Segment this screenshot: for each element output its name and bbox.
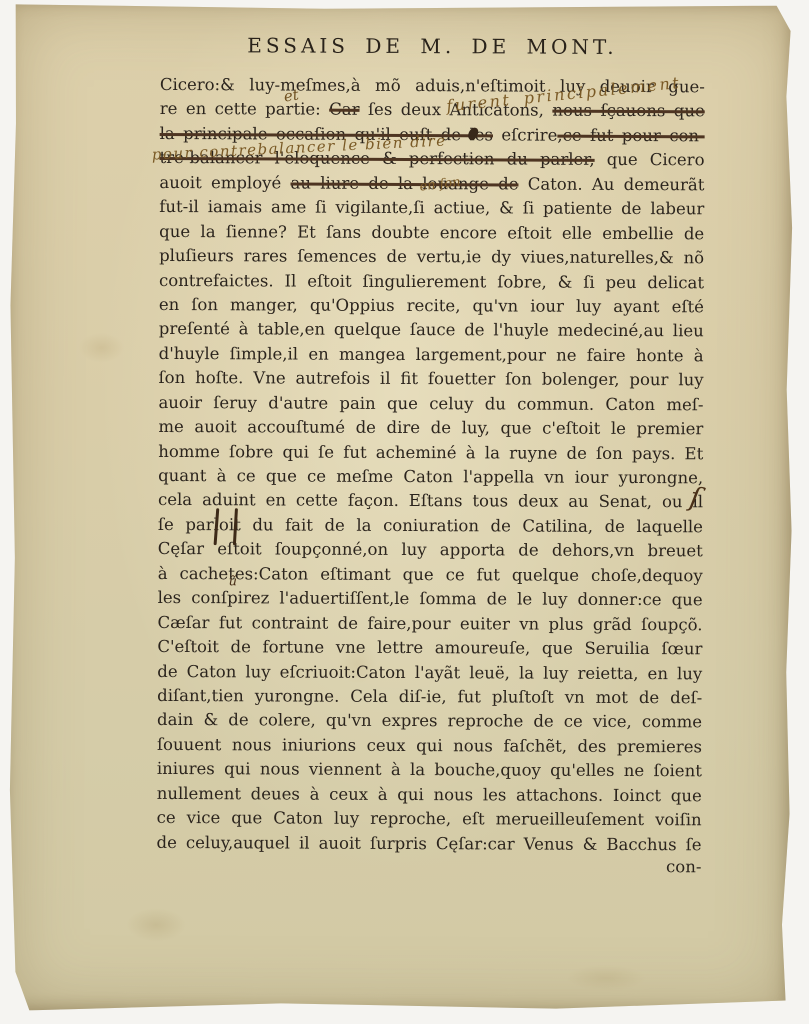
text-line-segment: ſes deux Anticatons,	[359, 100, 552, 120]
text-line: Cæſar fut contraint de faire,pour euiter…	[157, 611, 702, 638]
text-line: dain & de colere, qu'vn expres reproche …	[157, 708, 702, 735]
text-line-segment: auoit employé	[159, 173, 290, 193]
text-line-segment: pluſieurs rares ſemences de vertu,ie dy …	[159, 246, 704, 267]
foxing-stain	[79, 333, 125, 363]
text-line: quant à ce que ce meſme Caton l'appella …	[158, 464, 703, 491]
text-line-segment: quant à ce que ce meſme Caton l'appella …	[158, 466, 703, 487]
text-line: tre-balancer l'eloquence & perfection du…	[159, 146, 704, 173]
text-line-segment: eſcrire	[493, 125, 557, 144]
catchword: con-	[156, 855, 701, 876]
text-line-segment: à cachetes:Caton eſtimant que ce fut que…	[158, 564, 703, 585]
text-line-segment: ſe parloit du fait de la coniuration de …	[158, 515, 703, 536]
text-line: auoit employé au liure de la louange de …	[159, 171, 704, 198]
text-line: me auoit accouſtumé de dire de luy, que …	[158, 415, 703, 442]
text-line-segment: re en cette partie:	[160, 99, 330, 119]
text-line: fut-il iamais ame ſi vigilante,ſi actiue…	[159, 195, 704, 222]
text-line-segment: nullement deues à ceux à qui nous les at…	[157, 784, 702, 805]
text-line: C'eſtoit de fortune vne lettre amoureuſe…	[157, 635, 702, 662]
text-line-segment: diſant,tien yurongne. Cela diſ-ie, fut p…	[157, 686, 702, 707]
text-line-segment: contrefaictes. Il eſtoit ſingulierement …	[159, 270, 704, 291]
text-line: preſenté à table,en quelque ſauce de l'h…	[159, 317, 704, 344]
struck-text-segment: ,ce fut pour con-	[557, 126, 704, 146]
text-line-segment: de celuy,auquel il auoit ſurpris Cęſar:c…	[157, 832, 702, 853]
text-line-segment: dain & de colere, qu'vn expres reproche …	[157, 710, 702, 731]
struck-text-segment: Car	[329, 100, 359, 119]
text-line: Cicero:& luy-meſmes,à mõ aduis,n'eſtimoi…	[160, 73, 705, 100]
text-line-segment: fut-il iamais ame ſi vigilante,ſi actiue…	[159, 197, 704, 218]
struck-text-segment: la principale occaſion qu'il euſt de les	[160, 124, 493, 144]
text-line: homme ſobre qui ſe fut acheminé à la ruy…	[158, 440, 703, 467]
page-header: ESSAIS DE M. DE MONT.	[160, 33, 705, 59]
text-line-segment: les conſpirez l'aduertiſſent,le ſomma de…	[158, 588, 703, 609]
text-line-segment: ſouuent nous iniurions ceux qui nous faſ…	[157, 735, 702, 756]
text-line-segment: de Caton luy eſcriuoit:Caton l'ayãt leuë…	[157, 661, 702, 682]
text-line-segment: en ſon manger, qu'Oppius recite, qu'vn i…	[159, 295, 704, 316]
text-line: pluſieurs rares ſemences de vertu,ie dy …	[159, 244, 704, 271]
text-line-segment: Cæſar fut contraint de faire,pour euiter…	[157, 613, 702, 634]
text-line-segment: que la ſienne? Et ſans doubte encore eſt…	[159, 222, 704, 243]
text-line-segment: d'huyle ſimple,il en mangea largement,po…	[159, 344, 704, 365]
text-line-segment: C'eſtoit de fortune vne lettre amoureuſe…	[157, 637, 702, 658]
text-line-segment: Caton. Au demeurãt	[518, 174, 704, 194]
text-line: diſant,tien yurongne. Cela diſ-ie, fut p…	[157, 684, 702, 711]
text-line-segment: Cęſar eſtoit ſoupçonné,on luy apporta de…	[158, 539, 703, 560]
text-line-segment: ce vice que Caton luy reproche, eſt meru…	[157, 808, 702, 829]
text-line-segment: que Cicero	[595, 150, 705, 169]
text-line: ſe parloit du fait de la coniuration de …	[158, 513, 703, 540]
foxing-stain	[566, 965, 646, 991]
text-line: de celuy,auquel il auoit ſurpris Cęſar:c…	[156, 830, 701, 857]
text-line-segment: auoir ſeruy d'autre pain que celuy du co…	[158, 393, 703, 414]
text-block: Cicero:& luy-meſmes,à mõ aduis,n'eſtimoi…	[156, 73, 704, 857]
struck-text-segment: au liure de la louange de	[290, 173, 518, 193]
text-line: en ſon manger, qu'Oppius recite, qu'vn i…	[159, 293, 704, 320]
text-line: nullement deues à ceux à qui nous les at…	[157, 782, 702, 809]
text-line: les conſpirez l'aduertiſſent,le ſomma de…	[158, 586, 703, 613]
text-line: re en cette partie: Car ſes deux Anticat…	[160, 97, 705, 124]
text-line: la principale occaſion qu'il euſt de les…	[160, 122, 705, 149]
text-line: ſouuent nous iniurions ceux qui nous faſ…	[157, 733, 702, 760]
struck-text-segment: tre-balancer l'eloquence & perfection du…	[159, 148, 594, 169]
text-line-segment: me auoit accouſtumé de dire de luy, que …	[158, 417, 703, 438]
text-line-segment: preſenté à table,en quelque ſauce de l'h…	[159, 319, 704, 340]
text-line-segment: Cicero:& luy-meſmes,à mõ aduis,n'eſtimoi…	[160, 75, 705, 96]
text-line-segment: iniures qui nous viennent à la bouche,qu…	[157, 759, 702, 780]
text-line-segment: cela aduint en cette façon. Eſtans tous …	[158, 490, 703, 511]
text-line: auoir ſeruy d'autre pain que celuy du co…	[158, 391, 703, 418]
text-line: d'huyle ſimple,il en mangea largement,po…	[159, 342, 704, 369]
text-line: ce vice que Caton luy reproche, eſt meru…	[157, 806, 702, 833]
foxing-stain	[126, 908, 186, 942]
text-line: contrefaictes. Il eſtoit ſingulierement …	[159, 268, 704, 295]
text-line-segment: ſon hoſte. Vne autrefois il fit fouetter…	[159, 368, 704, 389]
text-line: à cachetes:Caton eſtimant que ce fut que…	[158, 562, 703, 589]
text-line: ſon hoſte. Vne autrefois il fit fouetter…	[159, 366, 704, 393]
text-line-segment: homme ſobre qui ſe fut acheminé à la ruy…	[158, 442, 703, 463]
text-line: cela aduint en cette façon. Eſtans tous …	[158, 488, 703, 515]
text-line: que la ſienne? Et ſans doubte encore eſt…	[159, 220, 704, 247]
text-line: Cęſar eſtoit ſoupçonné,on luy apporta de…	[158, 537, 703, 564]
struck-text-segment: nous ſçauons que	[552, 101, 704, 121]
text-line: iniures qui nous viennent à la bouche,qu…	[157, 757, 702, 784]
text-line: de Caton luy eſcriuoit:Caton l'ayãt leuë…	[157, 659, 702, 686]
page-scan: ESSAIS DE M. DE MONT. Cicero:& luy-meſme…	[6, 2, 796, 1015]
